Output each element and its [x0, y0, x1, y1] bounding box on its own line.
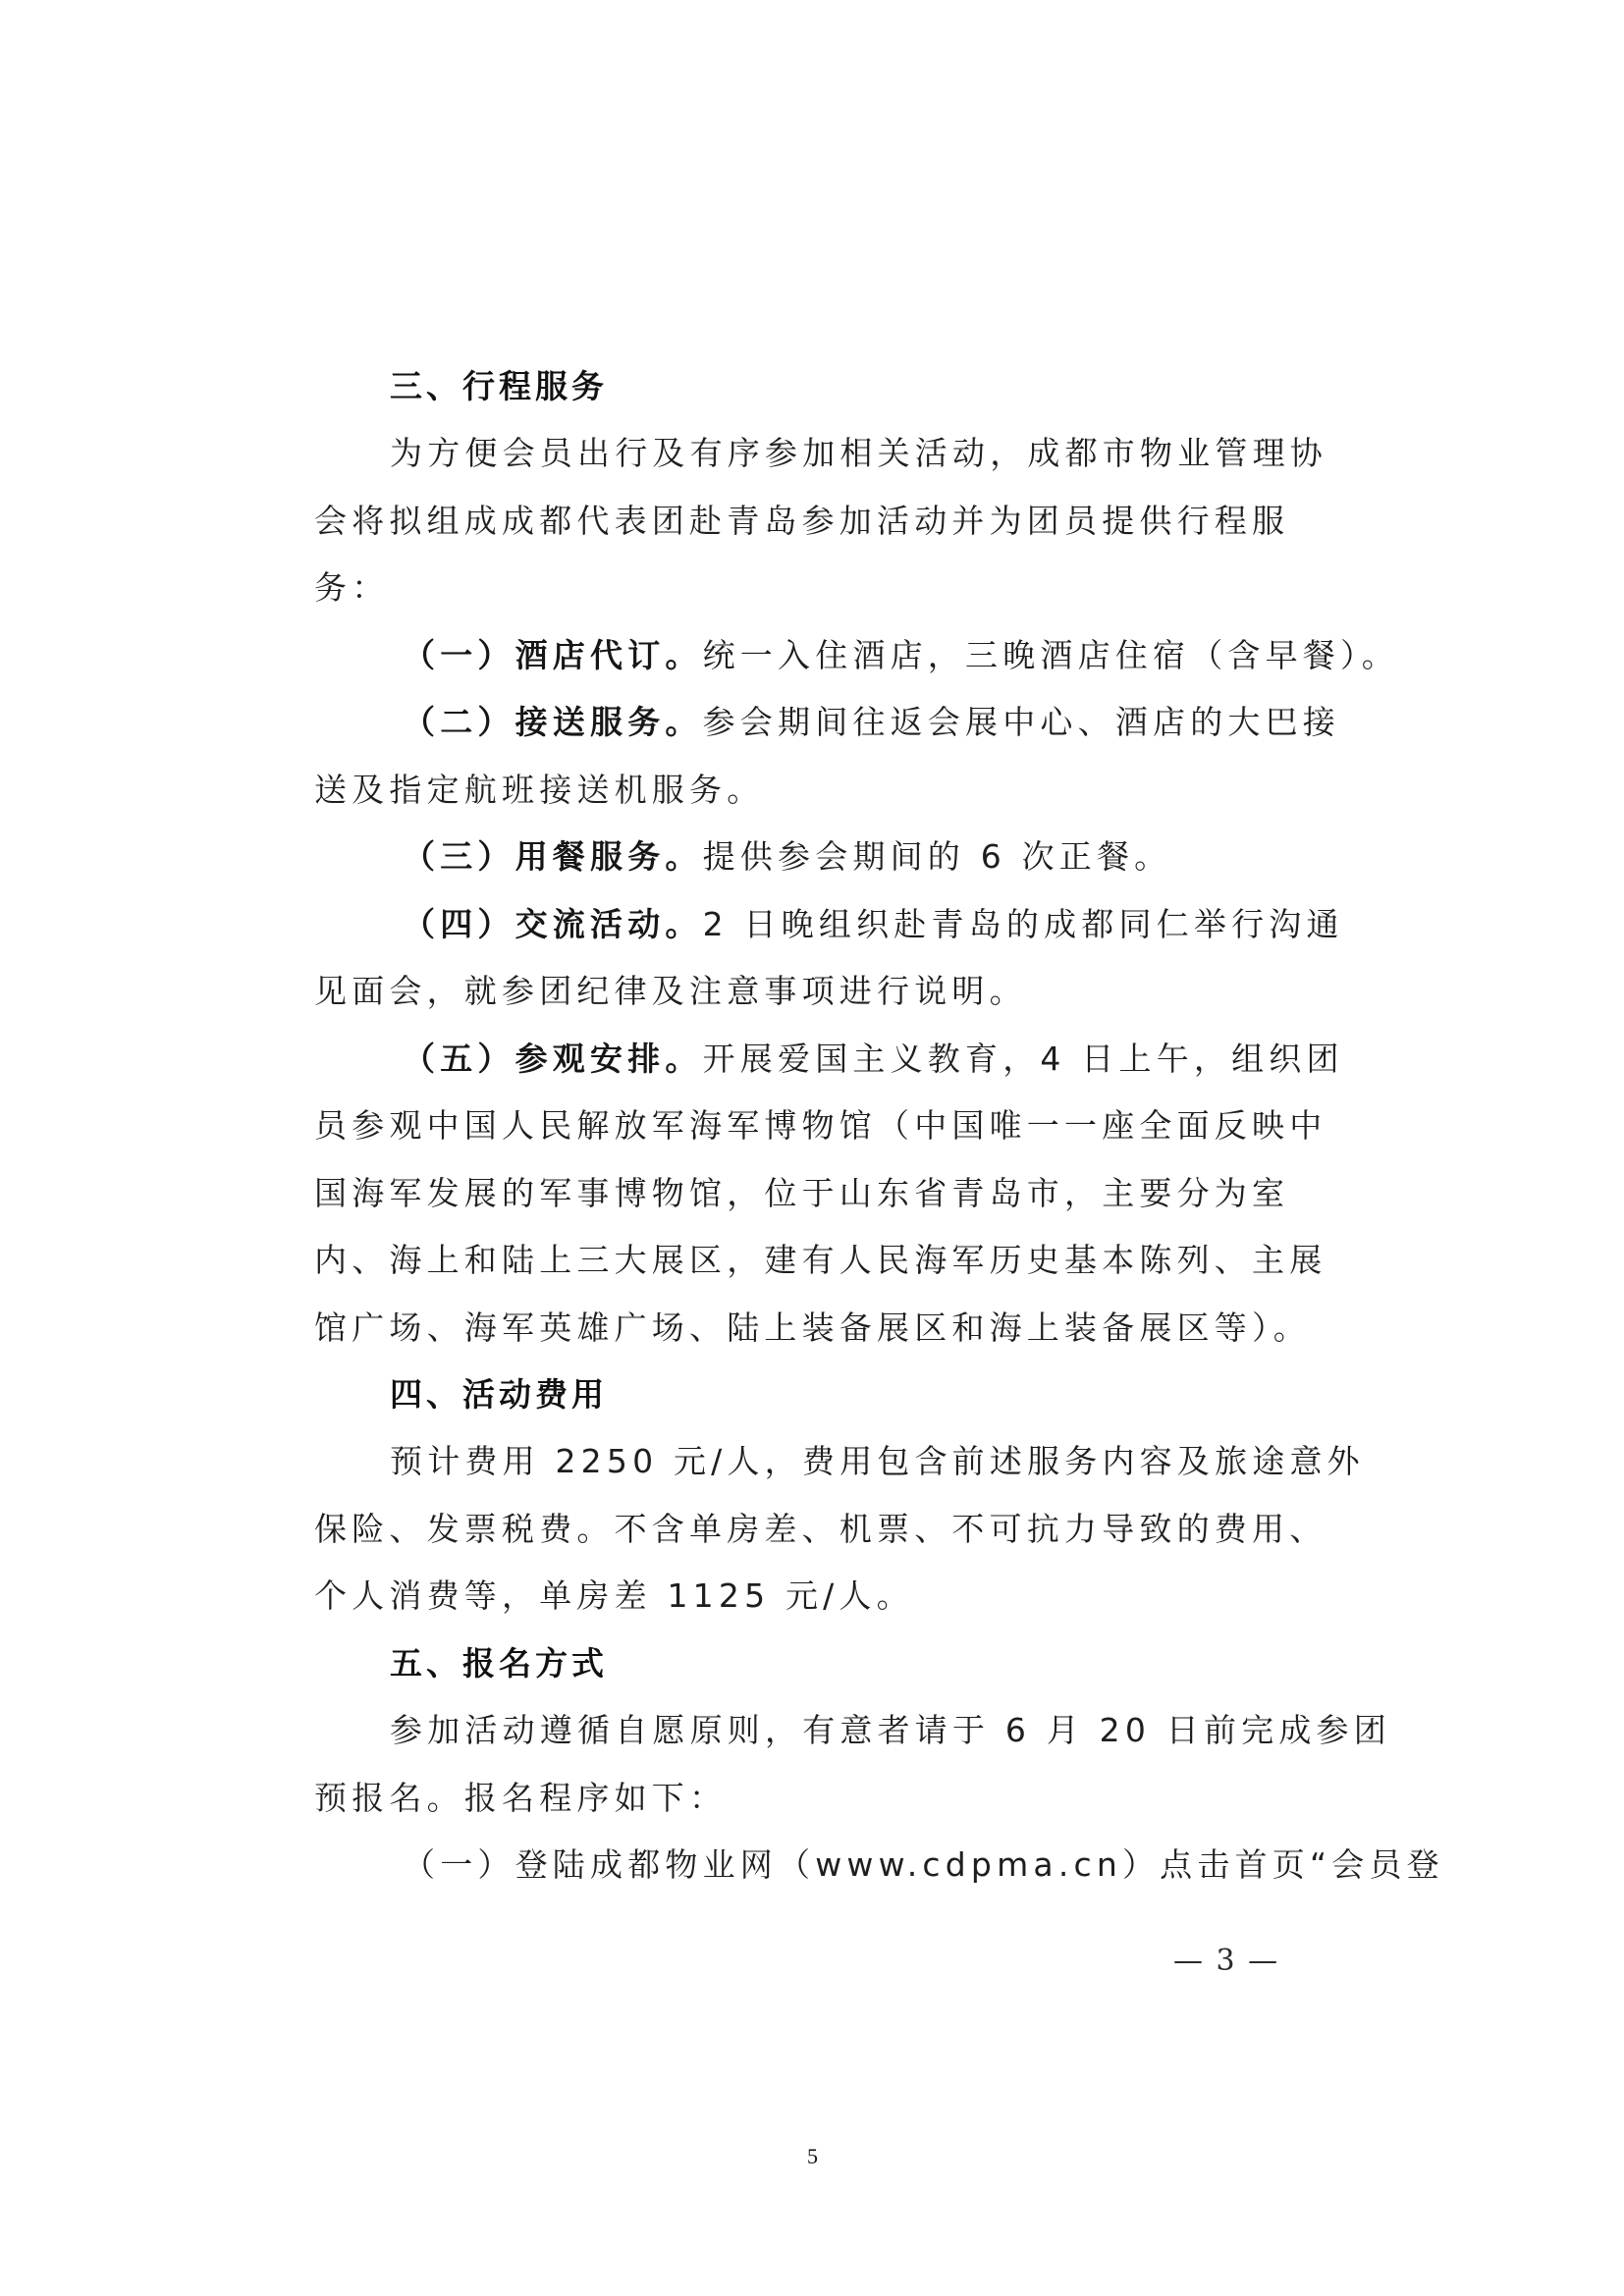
paragraph-line: 见面会，就参团纪律及注意事项进行说明。	[314, 974, 1027, 1009]
paragraph-line: 内、海上和陆上三大展区，建有人民海军历史基本陈列、主展	[314, 1243, 1326, 1278]
list-item-meals: （三）用餐服务。提供参会期间的 6 次正餐。	[403, 839, 1171, 875]
list-item-lead: （三）用餐服务。	[403, 837, 703, 876]
paragraph-line: 员参观中国人民解放军海军博物馆（中国唯一一座全面反映中	[314, 1108, 1326, 1144]
list-item-lead: （二）接送服务。	[403, 703, 703, 741]
paragraph-line: 馆广场、海军英雄广场、陆上装备展区和海上装备展区等）。	[314, 1310, 1311, 1346]
page-number: — 3 —	[1173, 1944, 1279, 1978]
paragraph-line: 预报名。报名程序如下：	[314, 1781, 727, 1816]
paragraph-line: 参加活动遵循自愿原则，有意者请于 6 月 20 日前完成参团	[390, 1713, 1391, 1748]
list-item-hotel: （一）酒店代订。统一入住酒店，三晚酒店住宿（含早餐）。	[403, 638, 1399, 673]
document-page: 三、行程服务 为方便会员出行及有序参加相关活动，成都市物业管理协 会将拟组成成都…	[0, 0, 1624, 2296]
section-heading-itinerary: 三、行程服务	[390, 369, 608, 404]
section-heading-registration: 五、报名方式	[390, 1646, 608, 1682]
paragraph-line: 保险、发票税费。不含单房差、机票、不可抗力导致的费用、	[314, 1512, 1326, 1547]
section-heading-fees: 四、活动费用	[390, 1377, 608, 1413]
list-item-text: 2 日晚组织赴青岛的成都同仁举行沟通	[703, 905, 1344, 943]
footer-page-index: 5	[807, 2144, 818, 2169]
list-item-lead: （一）酒店代订。	[403, 636, 703, 674]
paragraph-line: 会将拟组成成都代表团赴青岛参加活动并为团员提供行程服	[314, 504, 1289, 539]
list-item-text: 开展爱国主义教育，4 日上午，组织团	[703, 1040, 1344, 1078]
paragraph-line: 送及指定航班接送机服务。	[314, 773, 764, 808]
list-item-lead: （五）参观安排。	[403, 1040, 703, 1078]
list-item-lead: （四）交流活动。	[403, 905, 703, 943]
paragraph-line-website: （一）登陆成都物业网（www.cdpma.cn）点击首页“会员登	[403, 1847, 1444, 1883]
list-item-text: 参会期间往返会展中心、酒店的大巴接	[703, 703, 1340, 741]
paragraph-line: 个人消费等，单房差 1125 元/人。	[314, 1578, 914, 1614]
paragraph-line: 国海军发展的军事博物馆，位于山东省青岛市，主要分为室	[314, 1176, 1289, 1211]
paragraph-line: 务：	[314, 570, 389, 606]
list-item-transfer: （二）接送服务。参会期间往返会展中心、酒店的大巴接	[403, 705, 1340, 740]
list-item-text: 提供参会期间的 6 次正餐。	[703, 837, 1172, 876]
list-item-visit: （五）参观安排。开展爱国主义教育，4 日上午，组织团	[403, 1041, 1344, 1077]
paragraph-line: 预计费用 2250 元/人，费用包含前述服务内容及旅途意外	[390, 1444, 1365, 1479]
list-item-text: 统一入住酒店，三晚酒店住宿（含早餐）。	[703, 636, 1399, 674]
list-item-exchange: （四）交流活动。2 日晚组织赴青岛的成都同仁举行沟通	[403, 907, 1344, 942]
paragraph-line: 为方便会员出行及有序参加相关活动，成都市物业管理协	[390, 436, 1327, 471]
